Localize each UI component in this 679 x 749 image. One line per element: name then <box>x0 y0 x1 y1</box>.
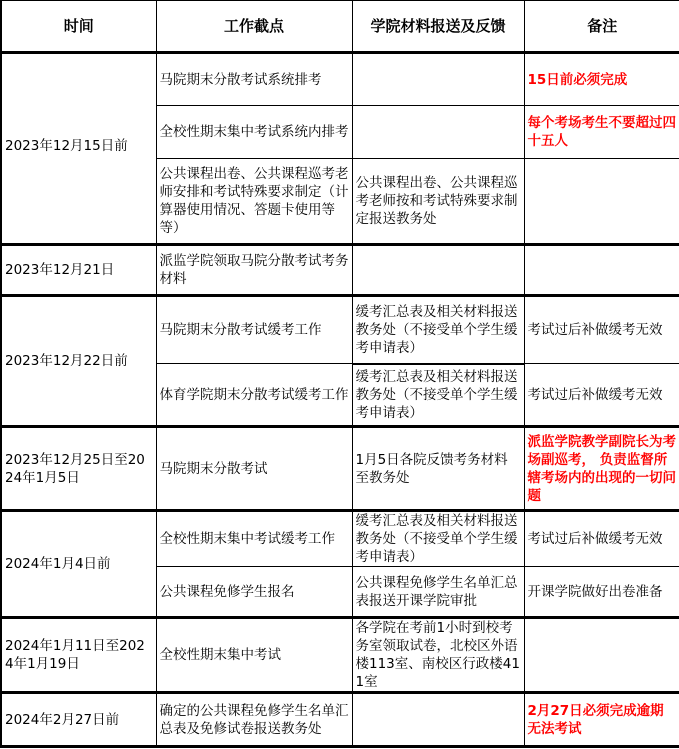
table-row: 2024年1月11日至2024年1月19日 全校性期末集中考试 各学院在考前1小… <box>1 618 679 693</box>
note-cell: 考试过后补做缓考无效 <box>524 511 679 567</box>
time-cell: 2024年2月27日前 <box>1 693 156 747</box>
feedback-cell: 1月5日各院反馈考务材料至教务处 <box>352 427 524 511</box>
note-cell: 每个考场考生不要超过四十五人 <box>524 106 679 159</box>
time-cell: 2023年12月21日 <box>1 245 156 296</box>
task-cell: 全校性期末集中考试 <box>156 618 352 693</box>
header-row: 时间 工作截点 学院材料报送及反馈 备注 <box>1 1 679 53</box>
header-time: 时间 <box>1 1 156 53</box>
note-cell: 考试过后补做缓考无效 <box>524 364 679 427</box>
note-cell: 考试过后补做缓考无效 <box>524 296 679 364</box>
task-cell: 全校性期末集中考试缓考工作 <box>156 511 352 567</box>
time-cell: 2023年12月22日前 <box>1 296 156 427</box>
note-cell: 2月27日必须完成逾期无法考试 <box>524 693 679 747</box>
task-cell: 公共课程免修学生报名 <box>156 567 352 618</box>
feedback-cell: 缓考汇总表及相关材料报送教务处（不接受单个学生缓考申请表） <box>352 364 524 427</box>
task-cell: 全校性期末集中考试系统内排考 <box>156 106 352 159</box>
feedback-cell <box>352 106 524 159</box>
task-cell: 体育学院期末分散考试缓考工作 <box>156 364 352 427</box>
feedback-cell: 公共课程免修学生名单汇总表报送开课学院审批 <box>352 567 524 618</box>
table-row: 2023年12月22日前 马院期末分散考试缓考工作 缓考汇总表及相关材料报送教务… <box>1 296 679 364</box>
table-row: 2024年2月27日前 确定的公共课程免修学生名单汇总表及免修试卷报送教务处 2… <box>1 693 679 747</box>
task-cell: 马院期末分散考试缓考工作 <box>156 296 352 364</box>
feedback-cell: 缓考汇总表及相关材料报送教务处（不接受单个学生缓考申请表） <box>352 511 524 567</box>
table-row: 2023年12月21日 派监学院领取马院分散考试考务材料 <box>1 245 679 296</box>
time-cell: 2024年1月11日至2024年1月19日 <box>1 618 156 693</box>
feedback-cell <box>352 53 524 106</box>
task-cell: 确定的公共课程免修学生名单汇总表及免修试卷报送教务处 <box>156 693 352 747</box>
exam-schedule-table: 时间 工作截点 学院材料报送及反馈 备注 2023年12月15日前 马院期末分散… <box>0 0 679 748</box>
note-cell: 15日前必须完成 <box>524 53 679 106</box>
note-cell <box>524 618 679 693</box>
feedback-cell: 公共课程出卷、公共课程巡考老师按和考试特殊要求制定报送教务处 <box>352 159 524 245</box>
time-cell: 2023年12月15日前 <box>1 53 156 245</box>
feedback-cell <box>352 245 524 296</box>
task-cell: 派监学院领取马院分散考试考务材料 <box>156 245 352 296</box>
table-row: 2023年12月25日至2024年1月5日 马院期末分散考试 1月5日各院反馈考… <box>1 427 679 511</box>
task-cell: 马院期末分散考试 <box>156 427 352 511</box>
header-task: 工作截点 <box>156 1 352 53</box>
table-row: 2024年1月4日前 全校性期末集中考试缓考工作 缓考汇总表及相关材料报送教务处… <box>1 511 679 567</box>
note-cell: 开课学院做好出卷准备 <box>524 567 679 618</box>
note-cell <box>524 245 679 296</box>
table-row: 2023年12月15日前 马院期末分散考试系统排考 15日前必须完成 <box>1 53 679 106</box>
time-cell: 2024年1月4日前 <box>1 511 156 618</box>
note-cell: 派监学院教学副院长为考场副巡考， 负责监督所辖考场内的出现的一切问题 <box>524 427 679 511</box>
feedback-cell: 各学院在考前1小时到校考务室领取试卷，北校区外语楼113室、南校区行政楼411室 <box>352 618 524 693</box>
time-cell: 2023年12月25日至2024年1月5日 <box>1 427 156 511</box>
task-cell: 马院期末分散考试系统排考 <box>156 53 352 106</box>
header-note: 备注 <box>524 1 679 53</box>
task-cell: 公共课程出卷、公共课程巡考老师安排和考试特殊要求制定（计算器使用情况、答题卡使用… <box>156 159 352 245</box>
header-feedback: 学院材料报送及反馈 <box>352 1 524 53</box>
feedback-cell <box>352 693 524 747</box>
feedback-cell: 缓考汇总表及相关材料报送教务处（不接受单个学生缓考申请表） <box>352 296 524 364</box>
note-cell <box>524 159 679 245</box>
